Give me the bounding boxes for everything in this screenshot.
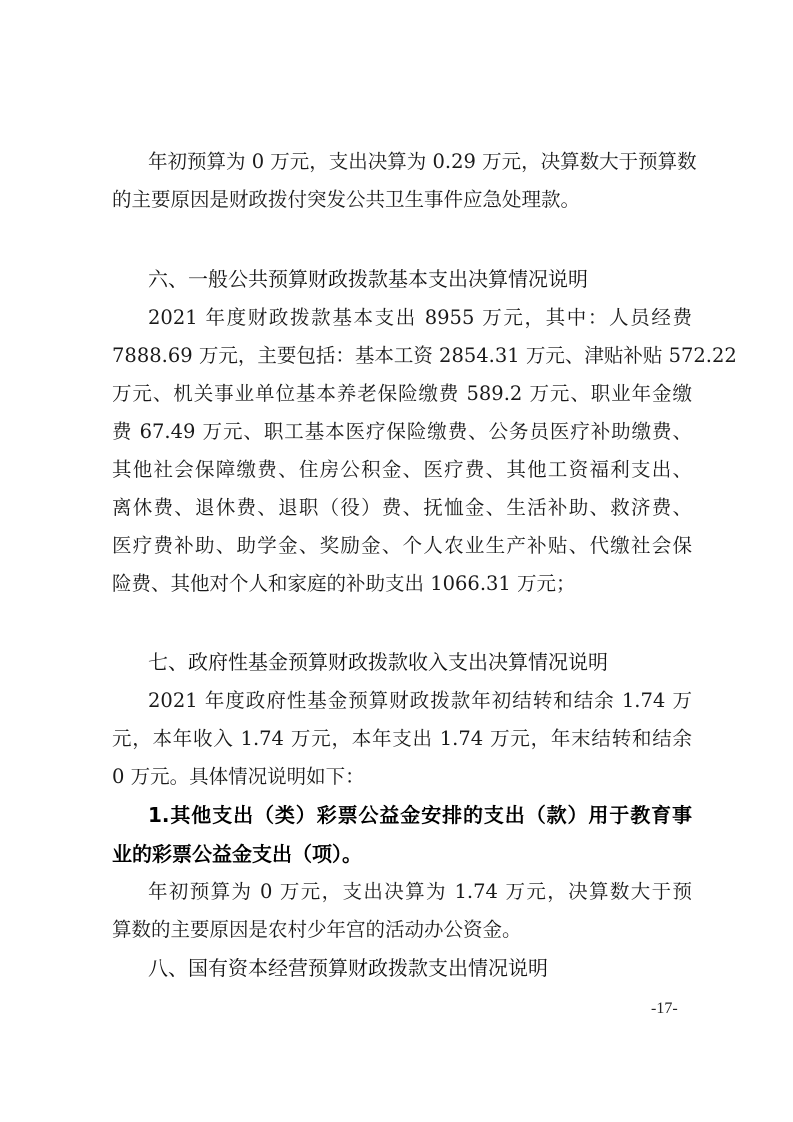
- section-heading-8: 八、国有资本经营预算财政拨款支出情况说明: [148, 956, 692, 980]
- paragraph-line: 离休费、退休费、退职（役）费、抚恤金、生活补助、救济费、: [112, 496, 692, 520]
- paragraph-line: 年初预算为 0 万元，支出决算为 1.74 万元，决算数大于预: [148, 880, 692, 904]
- subheading-line: 业的彩票公益金支出（项）。: [112, 842, 692, 866]
- section-heading-7: 七、政府性基金预算财政拨款收入支出决算情况说明: [148, 650, 692, 674]
- page-number: -17-: [651, 1000, 678, 1018]
- paragraph-line: 算数的主要原因是农村少年宫的活动办公资金。: [112, 918, 692, 942]
- section-heading-6: 六、一般公共预算财政拨款基本支出决算情况说明: [148, 267, 692, 291]
- paragraph-line: 2021 年度财政拨款基本支出 8955 万元，其中：人员经费: [148, 306, 692, 330]
- document-page: 年初预算为 0 万元，支出决算为 0.29 万元，决算数大于预算数 的主要原因是…: [0, 0, 793, 1122]
- paragraph-line: 医疗费补助、助学金、奖励金、个人农业生产补贴、代缴社会保: [112, 534, 692, 558]
- paragraph-line: 年初预算为 0 万元，支出决算为 0.29 万元，决算数大于预算数: [148, 150, 692, 174]
- paragraph-line: 的主要原因是财政拨付突发公共卫生事件应急处理款。: [112, 188, 692, 212]
- paragraph-line: 险费、其他对个人和家庭的补助支出 1066.31 万元；: [112, 572, 692, 596]
- paragraph-line: 其他社会保障缴费、住房公积金、医疗费、其他工资福利支出、: [112, 458, 692, 482]
- paragraph-line: 元，本年收入 1.74 万元，本年支出 1.74 万元，年末结转和结余: [112, 727, 692, 751]
- paragraph-line: 费 67.49 万元、职工基本医疗保险缴费、公务员医疗补助缴费、: [112, 420, 692, 444]
- paragraph-line: 2021 年度政府性基金预算财政拨款年初结转和结余 1.74 万: [148, 689, 692, 713]
- subheading-line: 1.其他支出（类）彩票公益金安排的支出（款）用于教育事: [148, 803, 692, 827]
- paragraph-line: 7888.69 万元，主要包括：基本工资 2854.31 万元、津贴补贴 572…: [112, 344, 692, 368]
- paragraph-line: 0 万元。具体情况说明如下：: [112, 765, 692, 789]
- paragraph-line: 万元、机关事业单位基本养老保险缴费 589.2 万元、职业年金缴: [112, 382, 692, 406]
